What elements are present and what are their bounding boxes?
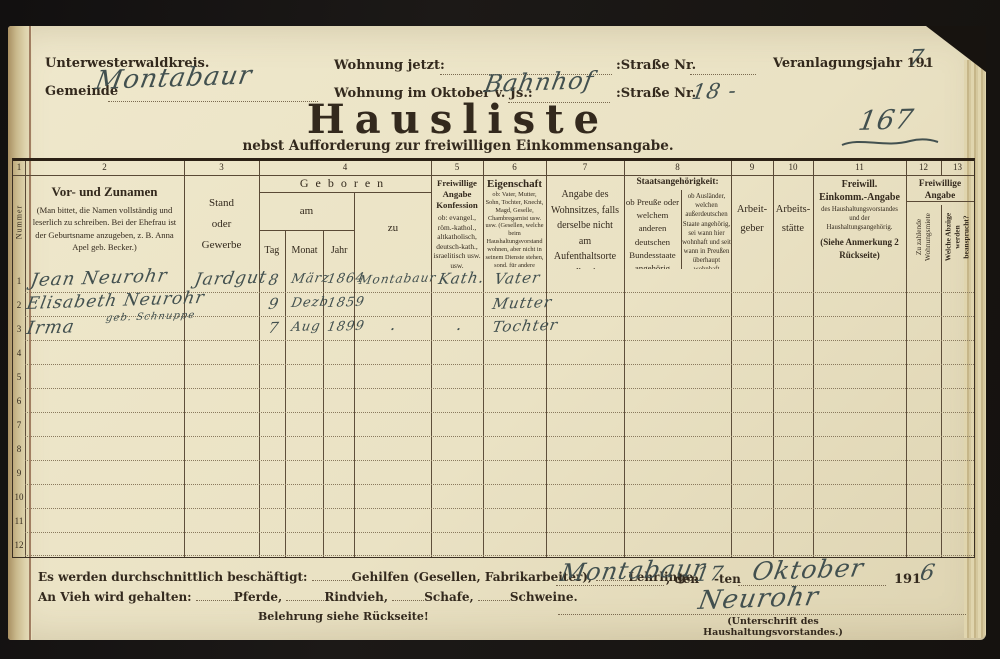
entry-jahr: 1899 (326, 319, 366, 335)
blank-dotted (392, 589, 424, 601)
monat-handwritten: Oktober (750, 553, 866, 586)
blank-dotted (286, 589, 324, 601)
col-number: 2 (25, 161, 185, 176)
entry-name: Jean Neurohr (29, 265, 169, 291)
entry-konfession: Kath. (437, 268, 486, 288)
row-number: 2 (13, 293, 25, 317)
header-wohnungsmiete: Zu zahlende Wohnungsmiete (906, 205, 942, 269)
col-number: 7 (546, 161, 625, 176)
header-eigenschaft: Eigenschaft ob: Vater, Mutter, Sohn, Toc… (483, 175, 547, 269)
col-number: 8 (624, 161, 732, 176)
col-number: 10 (773, 161, 814, 176)
header-stand-gewerbe: Stand oder Gewerbe (184, 175, 260, 269)
row-number: 9 (13, 461, 25, 485)
row-number: 6 (13, 389, 25, 413)
header-abzuege: Welche Abzüge werden beansprucht? (941, 205, 974, 269)
header-freiwillige-angabe: Freiwillige Angabe Zu zahlende Wohnungsm… (906, 175, 974, 269)
row-number: 5 (13, 365, 25, 389)
entry-tag: 8 (267, 271, 281, 289)
row-number: 7 (13, 413, 25, 437)
page-subtitle: nebst Aufforderung zur freiwilligen Eink… (8, 138, 908, 154)
header-monat: Monat (286, 231, 325, 269)
strasse-1-dotted (690, 73, 756, 75)
entry-zu: Montabaur (358, 270, 438, 287)
row-number: 11 (13, 509, 25, 533)
header-jahr: Jahr (324, 231, 354, 269)
entry-eigenschaft: Mutter (491, 293, 554, 313)
header-staatsangehoerigkeit: Staatsangehörigkeit: ob Preuße oder welc… (624, 175, 732, 269)
entry-eigenschaft: Tochter (491, 316, 560, 336)
entry-jahr: 1859 (326, 295, 366, 311)
entry-monat: März (290, 271, 331, 287)
col-number: 6 (483, 161, 547, 176)
header-zu: zu (354, 192, 431, 269)
entry-name: Irma (25, 316, 77, 339)
wohnung-okt-handwritten: Bahnhof (482, 66, 596, 98)
veranlagungsjahr-period: . (923, 56, 928, 71)
entry-monat: Dezb (290, 295, 330, 311)
col-number: 5 (431, 161, 484, 176)
belehrung-note: Belehrung siehe Rückseite! (258, 610, 429, 623)
col-number: 9 (731, 161, 774, 176)
header-arbeitsstaette: Arbeits-stätte (773, 175, 814, 269)
row-number: 10 (13, 485, 25, 509)
row-number: 1 (13, 269, 25, 293)
row-number: 8 (13, 437, 25, 461)
entry-tag: 9 (267, 295, 281, 313)
header-wohnsitz: Angabe des Wohnsitzes, falls derselbe ni… (546, 175, 625, 269)
entry-name-zusatz: geb. Schnuppe (105, 310, 196, 324)
footer-vieh-line: An Vieh wird gehalten: Pferde, Rindvieh,… (38, 589, 578, 604)
book-scan: { "colors":{"page_bg":"#eae2c4","cover_b… (0, 0, 1000, 659)
hausliste-table: 1 2 3 4 5 6 7 8 9 10 11 12 13 Nummer Vor… (12, 158, 975, 558)
strasse-label-1: :Straße Nr. (616, 58, 696, 73)
row-number: 4 (13, 341, 25, 365)
header-arbeitgeber: Arbeit-geber (731, 175, 774, 269)
gemeinde-handwritten: Montabaur (93, 61, 255, 96)
header-einkommensangabe: Freiwill. Einkomm.-Angabe des Haushaltun… (813, 175, 907, 269)
header-vor-und-zunamen: Vor- und Zunamen (Man bittet, die Namen … (25, 175, 185, 269)
header-geboren: Geboren am Tag Monat Jahr zu (259, 175, 432, 269)
row-number: 3 (13, 317, 25, 341)
row-number: 12 (13, 533, 25, 557)
blank-dotted (312, 569, 352, 581)
col-number: 13 (941, 161, 974, 176)
cover-corner (926, 26, 986, 72)
signature-handwritten: Neurohr (696, 582, 821, 616)
header-tag: Tag (259, 231, 286, 269)
entry-tag: 7 (267, 319, 281, 337)
signature-caption: (Unterschrift des Haushaltungsvorstandes… (663, 616, 883, 638)
entry-stand: Jardgut (193, 268, 269, 290)
header-konfession: Freiwillige Angabe Konfession ob: evange… (431, 175, 484, 269)
col-number: 3 (184, 161, 260, 176)
blank-dotted (196, 589, 234, 601)
jahr-handwritten: 6 (918, 560, 938, 586)
col-number: 11 (813, 161, 907, 176)
col-number: 4 (259, 161, 432, 176)
entry-monat: Aug (290, 319, 322, 335)
document-page: Unterwesterwaldkreis. Gemeinde Montabaur… (8, 26, 986, 640)
col-number: 12 (906, 161, 942, 176)
blank-dotted (478, 589, 510, 601)
page-title: Hausliste (8, 96, 908, 143)
wohnung-jetzt-label: Wohnung jetzt: (334, 58, 445, 73)
entry-eigenschaft: Vater (493, 268, 542, 288)
